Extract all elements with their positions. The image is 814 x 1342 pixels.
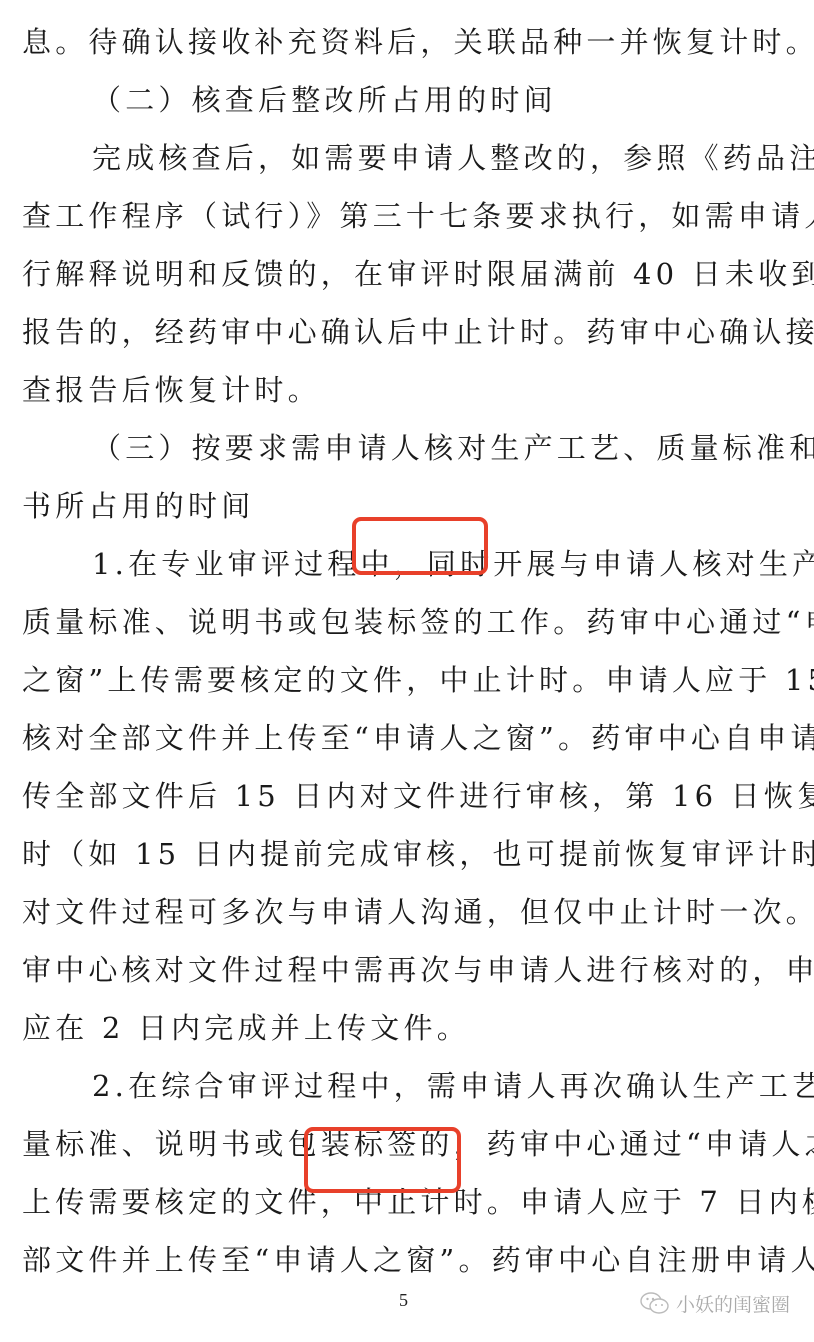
text-line: 核对全部文件并上传至“申请人之窗”。药审中心自申请人上 [22,718,782,758]
text-line: 质量标准、说明书或包装标签的工作。药审中心通过“申请人 [22,602,782,642]
watermark: 小妖的闺蜜圈 [640,1290,790,1317]
text-line: 对文件过程可多次与申请人沟通，但仅中止计时一次。如药 [22,892,782,932]
text-line: 查工作程序（试行）》第三十七条要求执行，如需申请人进 [22,196,782,236]
text-line: 查报告后恢复计时。 [22,370,782,410]
text-line: 2.在综合审评过程中，需申请人再次确认生产工艺、质 [92,1066,782,1106]
section-heading-3: （三）按要求需申请人核对生产工艺、质量标准和说明 [92,428,782,468]
text-line: 报告的，经药审中心确认后中止计时。药审中心确认接收核 [22,312,782,352]
document-page: 息。待确认接收补充资料后，关联品种一并恢复计时。 （二）核查后整改所占用的时间 … [0,0,814,1342]
text-line: 完成核查后，如需要申请人整改的，参照《药品注册核 [92,138,782,178]
text-line: 行解释说明和反馈的，在审评时限届满前 40 日未收到核查 [22,254,782,294]
text-line: 审中心核对文件过程中需再次与申请人进行核对的，申请人 [22,950,782,990]
text-line: 之窗”上传需要核定的文件，中止计时。申请人应于 15 日内 [22,660,782,700]
text-line: 时（如 15 日内提前完成审核，也可提前恢复审评计时）。核 [22,834,782,874]
text-line: 息。待确认接收补充资料后，关联品种一并恢复计时。 [22,22,782,62]
highlight-box-2 [304,1127,461,1193]
text-line: 应在 2 日内完成并上传文件。 [22,1008,782,1048]
text-line: 部文件并上传至“申请人之窗”。药审中心自注册申请人上传 [22,1240,782,1280]
text-line: 传全部文件后 15 日内对文件进行审核，第 16 日恢复审评计 [22,776,782,816]
section-heading-2: （二）核查后整改所占用的时间 [92,80,782,120]
wechat-icon [640,1292,670,1316]
watermark-text: 小妖的闺蜜圈 [676,1290,790,1317]
page-number: 5 [399,1290,408,1311]
highlight-box-1 [352,517,488,575]
